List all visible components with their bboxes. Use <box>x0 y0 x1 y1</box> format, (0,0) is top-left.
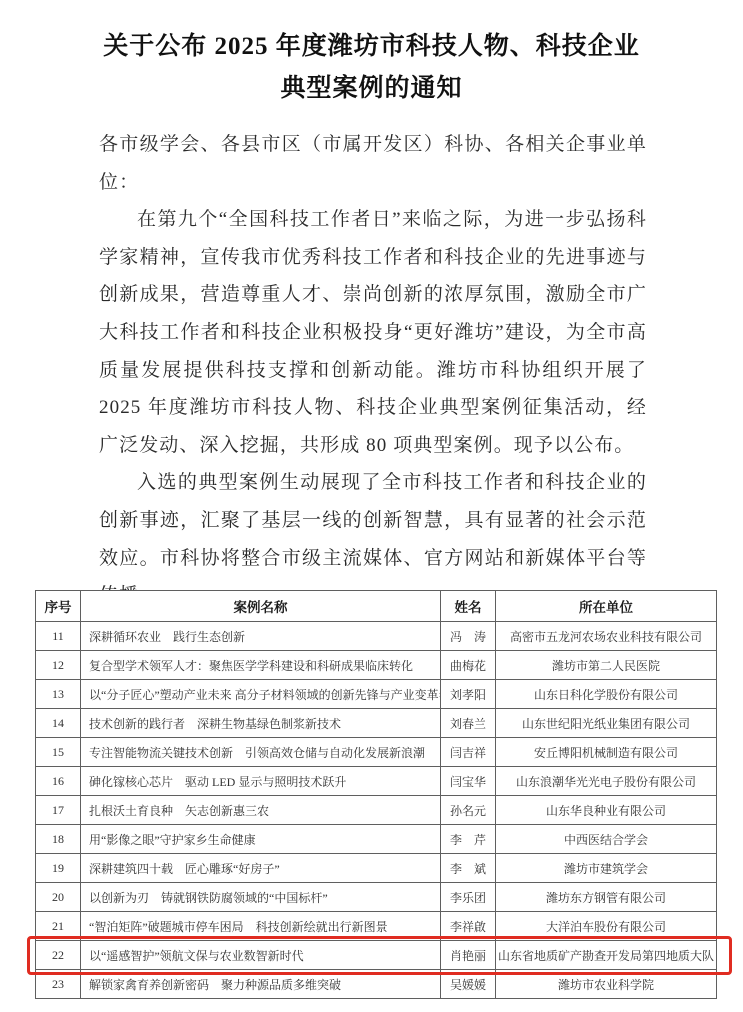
cell-case: “智泊矩阵”破题城市停车困局 科技创新绘就出行新图景 <box>81 912 441 941</box>
cell-no: 21 <box>36 912 81 941</box>
cell-no: 15 <box>36 738 81 767</box>
table-row: 16砷化镓核心芯片 驱动 LED 显示与照明技术跃升闫宝华山东浪潮华光光电子股份… <box>36 767 717 796</box>
cell-case: 专注智能物流关键技术创新 引领高效仓储与自动化发展新浪潮 <box>81 738 441 767</box>
cell-case: 以“分子匠心”塑动产业未来 高分子材料领域的创新先锋与产业变革者 <box>81 680 441 709</box>
cell-no: 12 <box>36 651 81 680</box>
table-row: 21“智泊矩阵”破题城市停车困局 科技创新绘就出行新图景李祥啟大洋泊车股份有限公… <box>36 912 717 941</box>
cell-org: 潍坊市农业科学院 <box>496 970 717 999</box>
cell-no: 20 <box>36 883 81 912</box>
document-title-line1: 关于公布 2025 年度潍坊市科技人物、科技企业 <box>0 26 743 68</box>
paragraph-1: 在第九个“全国科技工作者日”来临之际，为进一步弘扬科学家精神，宣传我市优秀科技工… <box>99 201 647 464</box>
header-name: 姓名 <box>441 591 496 622</box>
cell-no: 16 <box>36 767 81 796</box>
cell-name: 闫宝华 <box>441 767 496 796</box>
table-row: 20以创新为刃 铸就钢铁防腐领域的“中国标杆”李乐团潍坊东方钢管有限公司 <box>36 883 717 912</box>
cell-no: 17 <box>36 796 81 825</box>
cell-name: 刘春兰 <box>441 709 496 738</box>
document-title-line2: 典型案例的通知 <box>0 68 743 110</box>
cell-org: 安丘博阳机械制造有限公司 <box>496 738 717 767</box>
cell-org: 高密市五龙河农场农业科技有限公司 <box>496 622 717 651</box>
cell-org: 中西医结合学会 <box>496 825 717 854</box>
table-row: 22以“遥感智护”领航文保与农业数智新时代肖艳丽山东省地质矿产勘查开发局第四地质… <box>36 941 717 970</box>
cell-org: 潍坊东方钢管有限公司 <box>496 883 717 912</box>
page: 关于公布 2025 年度潍坊市科技人物、科技企业 典型案例的通知 各市级学会、各… <box>0 0 743 1012</box>
cell-name: 冯 涛 <box>441 622 496 651</box>
table-row: 23解锁家禽育养创新密码 聚力种源品质多维突破吴媛媛潍坊市农业科学院 <box>36 970 717 999</box>
cell-case: 深耕建筑四十载 匠心雕琢“好房子” <box>81 854 441 883</box>
case-table-body: 11深耕循环农业 践行生态创新冯 涛高密市五龙河农场农业科技有限公司12复合型学… <box>36 622 717 999</box>
cell-org: 山东华良种业有限公司 <box>496 796 717 825</box>
cell-case: 复合型学术领军人才：聚焦医学学科建设和科研成果临床转化 <box>81 651 441 680</box>
table-row: 19深耕建筑四十载 匠心雕琢“好房子”李 斌潍坊市建筑学会 <box>36 854 717 883</box>
cell-no: 23 <box>36 970 81 999</box>
salutation: 各市级学会、各县市区（市属开发区）科协、各相关企事业单位： <box>99 126 647 201</box>
cell-org: 大洋泊车股份有限公司 <box>496 912 717 941</box>
cell-name: 孙名元 <box>441 796 496 825</box>
header-org: 所在单位 <box>496 591 717 622</box>
cell-org: 潍坊市建筑学会 <box>496 854 717 883</box>
header-row: 序号 案例名称 姓名 所在单位 <box>36 591 717 622</box>
cell-case: 以“遥感智护”领航文保与农业数智新时代 <box>81 941 441 970</box>
cell-case: 扎根沃土育良种 矢志创新惠三农 <box>81 796 441 825</box>
cell-no: 18 <box>36 825 81 854</box>
cell-name: 曲梅花 <box>441 651 496 680</box>
cell-org: 山东日科化学股份有限公司 <box>496 680 717 709</box>
table-row: 15专注智能物流关键技术创新 引领高效仓储与自动化发展新浪潮闫吉祥安丘博阳机械制… <box>36 738 717 767</box>
cell-name: 李祥啟 <box>441 912 496 941</box>
cell-case: 技术创新的践行者 深耕生物基绿色制浆新技术 <box>81 709 441 738</box>
table-row: 12复合型学术领军人才：聚焦医学学科建设和科研成果临床转化曲梅花潍坊市第二人民医… <box>36 651 717 680</box>
cell-name: 闫吉祥 <box>441 738 496 767</box>
cell-org: 山东世纪阳光纸业集团有限公司 <box>496 709 717 738</box>
cell-name: 李乐团 <box>441 883 496 912</box>
cell-no: 11 <box>36 622 81 651</box>
header-no: 序号 <box>36 591 81 622</box>
cell-case: 解锁家禽育养创新密码 聚力种源品质多维突破 <box>81 970 441 999</box>
cell-org: 潍坊市第二人民医院 <box>496 651 717 680</box>
table-row: 14技术创新的践行者 深耕生物基绿色制浆新技术刘春兰山东世纪阳光纸业集团有限公司 <box>36 709 717 738</box>
case-table-header: 序号 案例名称 姓名 所在单位 <box>36 591 717 622</box>
cell-case: 用“影像之眼”守护家乡生命健康 <box>81 825 441 854</box>
table-row: 18用“影像之眼”守护家乡生命健康李 芹中西医结合学会 <box>36 825 717 854</box>
cell-case: 深耕循环农业 践行生态创新 <box>81 622 441 651</box>
header-case: 案例名称 <box>81 591 441 622</box>
case-table: 序号 案例名称 姓名 所在单位 11深耕循环农业 践行生态创新冯 涛高密市五龙河… <box>35 590 717 999</box>
cell-org: 山东省地质矿产勘查开发局第四地质大队 <box>496 941 717 970</box>
cell-no: 22 <box>36 941 81 970</box>
table-row: 13以“分子匠心”塑动产业未来 高分子材料领域的创新先锋与产业变革者刘孝阳山东日… <box>36 680 717 709</box>
table-row: 11深耕循环农业 践行生态创新冯 涛高密市五龙河农场农业科技有限公司 <box>36 622 717 651</box>
cell-no: 13 <box>36 680 81 709</box>
cell-no: 14 <box>36 709 81 738</box>
table-row: 17扎根沃土育良种 矢志创新惠三农孙名元山东华良种业有限公司 <box>36 796 717 825</box>
cell-name: 肖艳丽 <box>441 941 496 970</box>
document-title: 关于公布 2025 年度潍坊市科技人物、科技企业 典型案例的通知 <box>0 26 743 110</box>
cell-name: 李 斌 <box>441 854 496 883</box>
cell-no: 19 <box>36 854 81 883</box>
document-body: 各市级学会、各县市区（市属开发区）科协、各相关企事业单位： 在第九个“全国科技工… <box>99 126 647 615</box>
cell-case: 以创新为刃 铸就钢铁防腐领域的“中国标杆” <box>81 883 441 912</box>
cell-case: 砷化镓核心芯片 驱动 LED 显示与照明技术跃升 <box>81 767 441 796</box>
cell-name: 李 芹 <box>441 825 496 854</box>
cell-name: 刘孝阳 <box>441 680 496 709</box>
cell-name: 吴媛媛 <box>441 970 496 999</box>
cell-org: 山东浪潮华光光电子股份有限公司 <box>496 767 717 796</box>
